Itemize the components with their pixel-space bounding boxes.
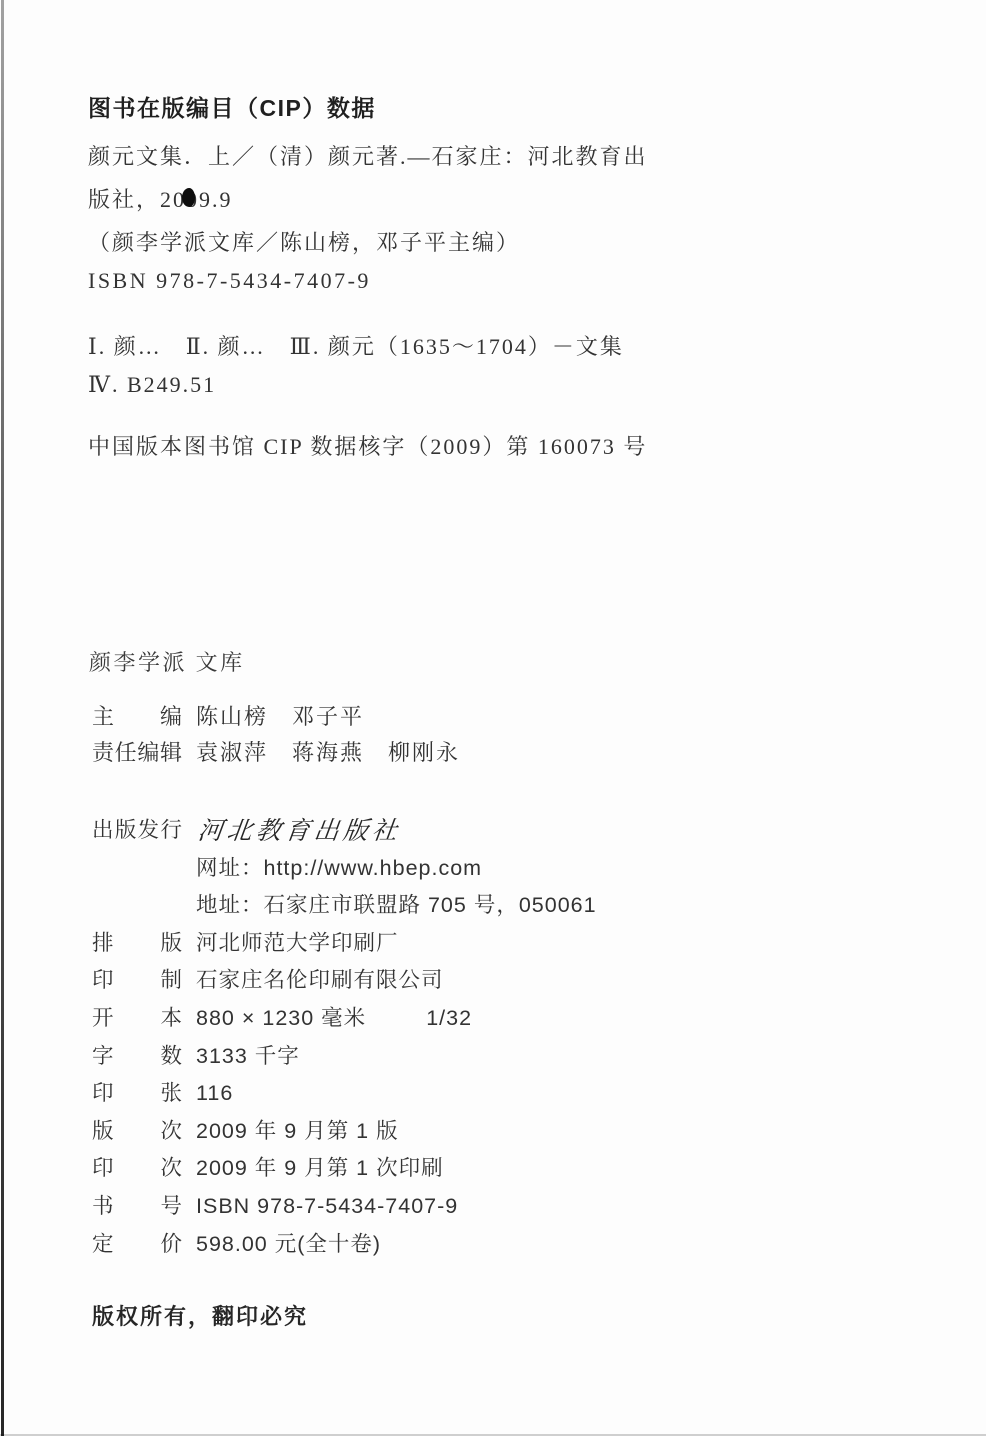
publisher-row: 出版发行河北教育出版社 [92,812,597,850]
printing-label: 印制 [92,962,182,1000]
ink-blob-digit: 0 [186,187,199,213]
sheets-value: 116 [196,1081,233,1105]
responsible-editor-label: 责任编辑 [92,735,182,771]
cip-classification-line: Ⅳ. B249.51 [88,372,216,398]
chief-editor-row: 主编陈山榜 邓子平 [92,699,460,735]
typesetting-value: 河北师范大学印刷厂 [196,931,399,955]
price-row: 定价598.00 元(全十卷) [92,1226,597,1264]
website-text: 网址：http://www.hbep.com [196,856,482,880]
editors-block: 主编陈山榜 邓子平 责任编辑袁淑萍 蒋海燕 柳刚永 [92,699,460,771]
chief-editor-names: 陈山榜 邓子平 [196,704,364,729]
responsible-editor-names: 袁淑萍 蒋海燕 柳刚永 [196,740,460,765]
isbn-row: 书号ISBN 978-7-5434-7407-9 [92,1188,597,1226]
sheets-row: 印张116 [92,1075,597,1113]
chief-editor-label: 主编 [92,699,182,735]
format-value: 880 × 1230 毫米 [196,1006,366,1030]
printing-value: 石家庄名伦印刷有限公司 [196,968,444,992]
website-row: 网址：http://www.hbep.com [92,850,597,888]
cip-series-statement: （颜李学派文库／陈山榜，邓子平主编） [88,226,520,257]
sheets-label: 印张 [92,1075,182,1113]
responsible-editor-row: 责任编辑袁淑萍 蒋海燕 柳刚永 [92,735,460,771]
publisher-signature: 河北教育出版社 [196,812,404,850]
format-label: 开本 [92,1000,182,1038]
printing-row: 印制石家庄名伦印刷有限公司 [92,962,597,1000]
word-count-value: 3133 千字 [196,1044,300,1068]
format-row: 开本880 × 1230 毫米1/32 [92,1000,597,1038]
cip-imprint-line: 版社，2009.9 [88,183,233,214]
scan-left-edge-artifact [1,0,4,1436]
edition-label: 版次 [92,1113,182,1151]
isbn-label: 书号 [92,1188,182,1226]
publishing-block: 出版发行河北教育出版社 网址：http://www.hbep.com 地址：石家… [92,812,597,1263]
address-row: 地址：石家庄市联盟路 705 号，050061 [92,887,597,925]
typesetting-label: 排版 [92,925,182,963]
edition-value: 2009 年 9 月第 1 版 [196,1119,399,1143]
cip-imprint-prefix: 版社，20 [88,187,186,212]
copyright-notice: 版权所有，翻印必究 [92,1300,308,1331]
impression-row: 印次2009 年 9 月第 1 次印刷 [92,1150,597,1188]
word-count-label: 字数 [92,1038,182,1076]
edition-row: 版次2009 年 9 月第 1 版 [92,1113,597,1151]
impression-value: 2009 年 9 月第 1 次印刷 [196,1156,444,1180]
cip-imprint-suffix: 9.9 [199,187,233,212]
format-fraction: 1/32 [426,1006,472,1030]
cip-isbn-line: ISBN 978-7-5434-7407-9 [88,268,371,294]
publisher-label: 出版发行 [92,812,182,850]
cip-record-number-line: 中国版本图书馆 CIP 数据核字（2009）第 160073 号 [88,430,647,461]
book-copyright-page: 图书在版编目（CIP）数据 颜元文集．上／（清）颜元著.—石家庄：河北教育出 版… [0,0,986,1436]
price-label: 定价 [92,1226,182,1264]
typesetting-row: 排版河北师范大学印刷厂 [92,925,597,963]
address-text: 地址：石家庄市联盟路 705 号，050061 [196,893,597,917]
isbn-value: ISBN 978-7-5434-7407-9 [196,1194,458,1218]
cip-heading: 图书在版编目（CIP）数据 [88,90,376,123]
price-value: 598.00 元(全十卷) [196,1232,381,1256]
word-count-row: 字数3133 千字 [92,1038,597,1076]
series-title: 颜李学派 文库 [89,646,245,677]
impression-label: 印次 [92,1150,182,1188]
cip-tracing-line: Ⅰ. 颜… Ⅱ. 颜… Ⅲ. 颜元（1635～1704）－文集 [88,330,624,361]
cip-title-statement: 颜元文集．上／（清）颜元著.—石家庄：河北教育出 [88,140,648,171]
